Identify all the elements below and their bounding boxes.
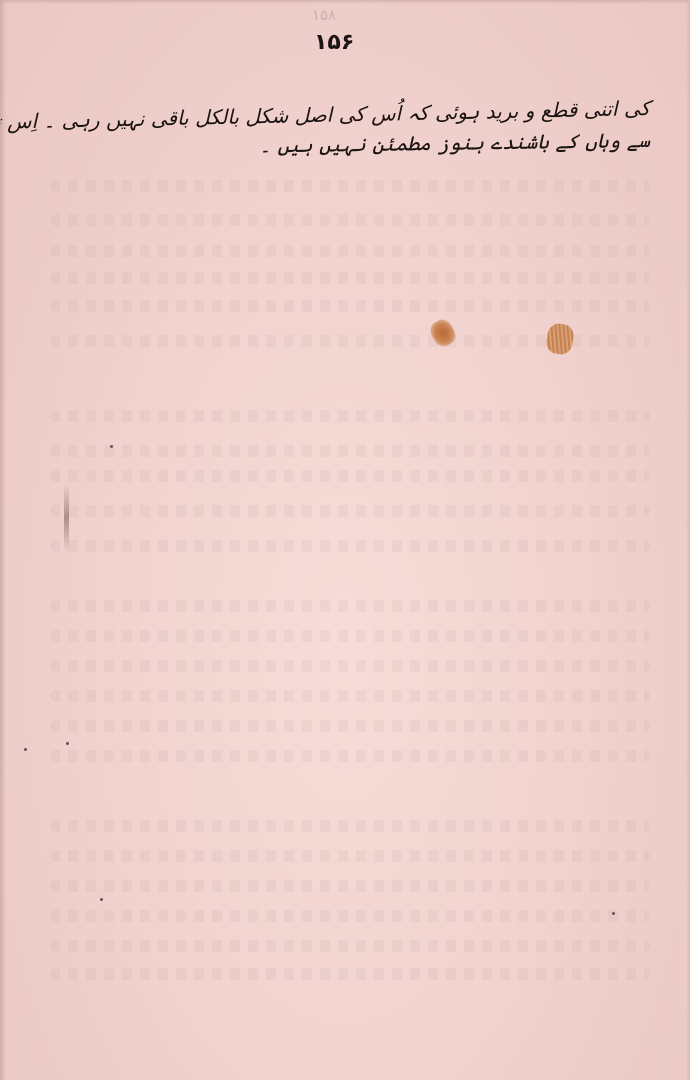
bleed-through-line bbox=[50, 820, 650, 832]
bleed-through-line bbox=[50, 750, 650, 762]
page-number: ۱۵۶ bbox=[314, 30, 354, 55]
page-edge-left bbox=[0, 0, 6, 1080]
bleed-through-line bbox=[50, 214, 650, 226]
bleed-through-line bbox=[50, 245, 650, 257]
paper-speck bbox=[110, 445, 113, 448]
paper-speck bbox=[100, 898, 103, 901]
bleed-through-line bbox=[50, 180, 650, 192]
bleed-through-line bbox=[50, 910, 650, 922]
bleed-through-line bbox=[50, 850, 650, 862]
paper-speck bbox=[66, 742, 69, 745]
ink-stain bbox=[545, 322, 576, 356]
bleed-through-line bbox=[50, 660, 650, 672]
bleed-through-line bbox=[50, 445, 650, 457]
page-edge-top bbox=[0, 0, 690, 4]
bleed-through-line bbox=[50, 470, 650, 482]
bleed-through-line bbox=[50, 880, 650, 892]
bleed-through-line bbox=[50, 940, 650, 952]
page-edge-right bbox=[686, 0, 690, 1080]
bleed-through-line bbox=[50, 505, 650, 517]
paper-speck bbox=[24, 748, 27, 751]
bleed-through-line bbox=[50, 600, 650, 612]
document-page: ۱۵۸ ۱۵۶ کی اتنی قطع و برید ہوئی کہ اُس ک… bbox=[0, 0, 690, 1080]
body-text: کی اتنی قطع و برید ہوئی کہ اُس کی اصل شک… bbox=[30, 92, 650, 156]
bleed-through-line bbox=[50, 300, 650, 312]
bleed-through-line bbox=[50, 690, 650, 702]
bleed-through-page-number: ۱۵۸ bbox=[312, 6, 336, 24]
bleed-through-line bbox=[50, 272, 650, 284]
bleed-through-line bbox=[50, 720, 650, 732]
paper-speck bbox=[612, 912, 615, 915]
bleed-through-line bbox=[50, 630, 650, 642]
bleed-through-line bbox=[50, 410, 650, 422]
paper-scratch-mark bbox=[64, 484, 69, 552]
bleed-through-line bbox=[50, 968, 650, 980]
bleed-through-line bbox=[50, 540, 650, 552]
